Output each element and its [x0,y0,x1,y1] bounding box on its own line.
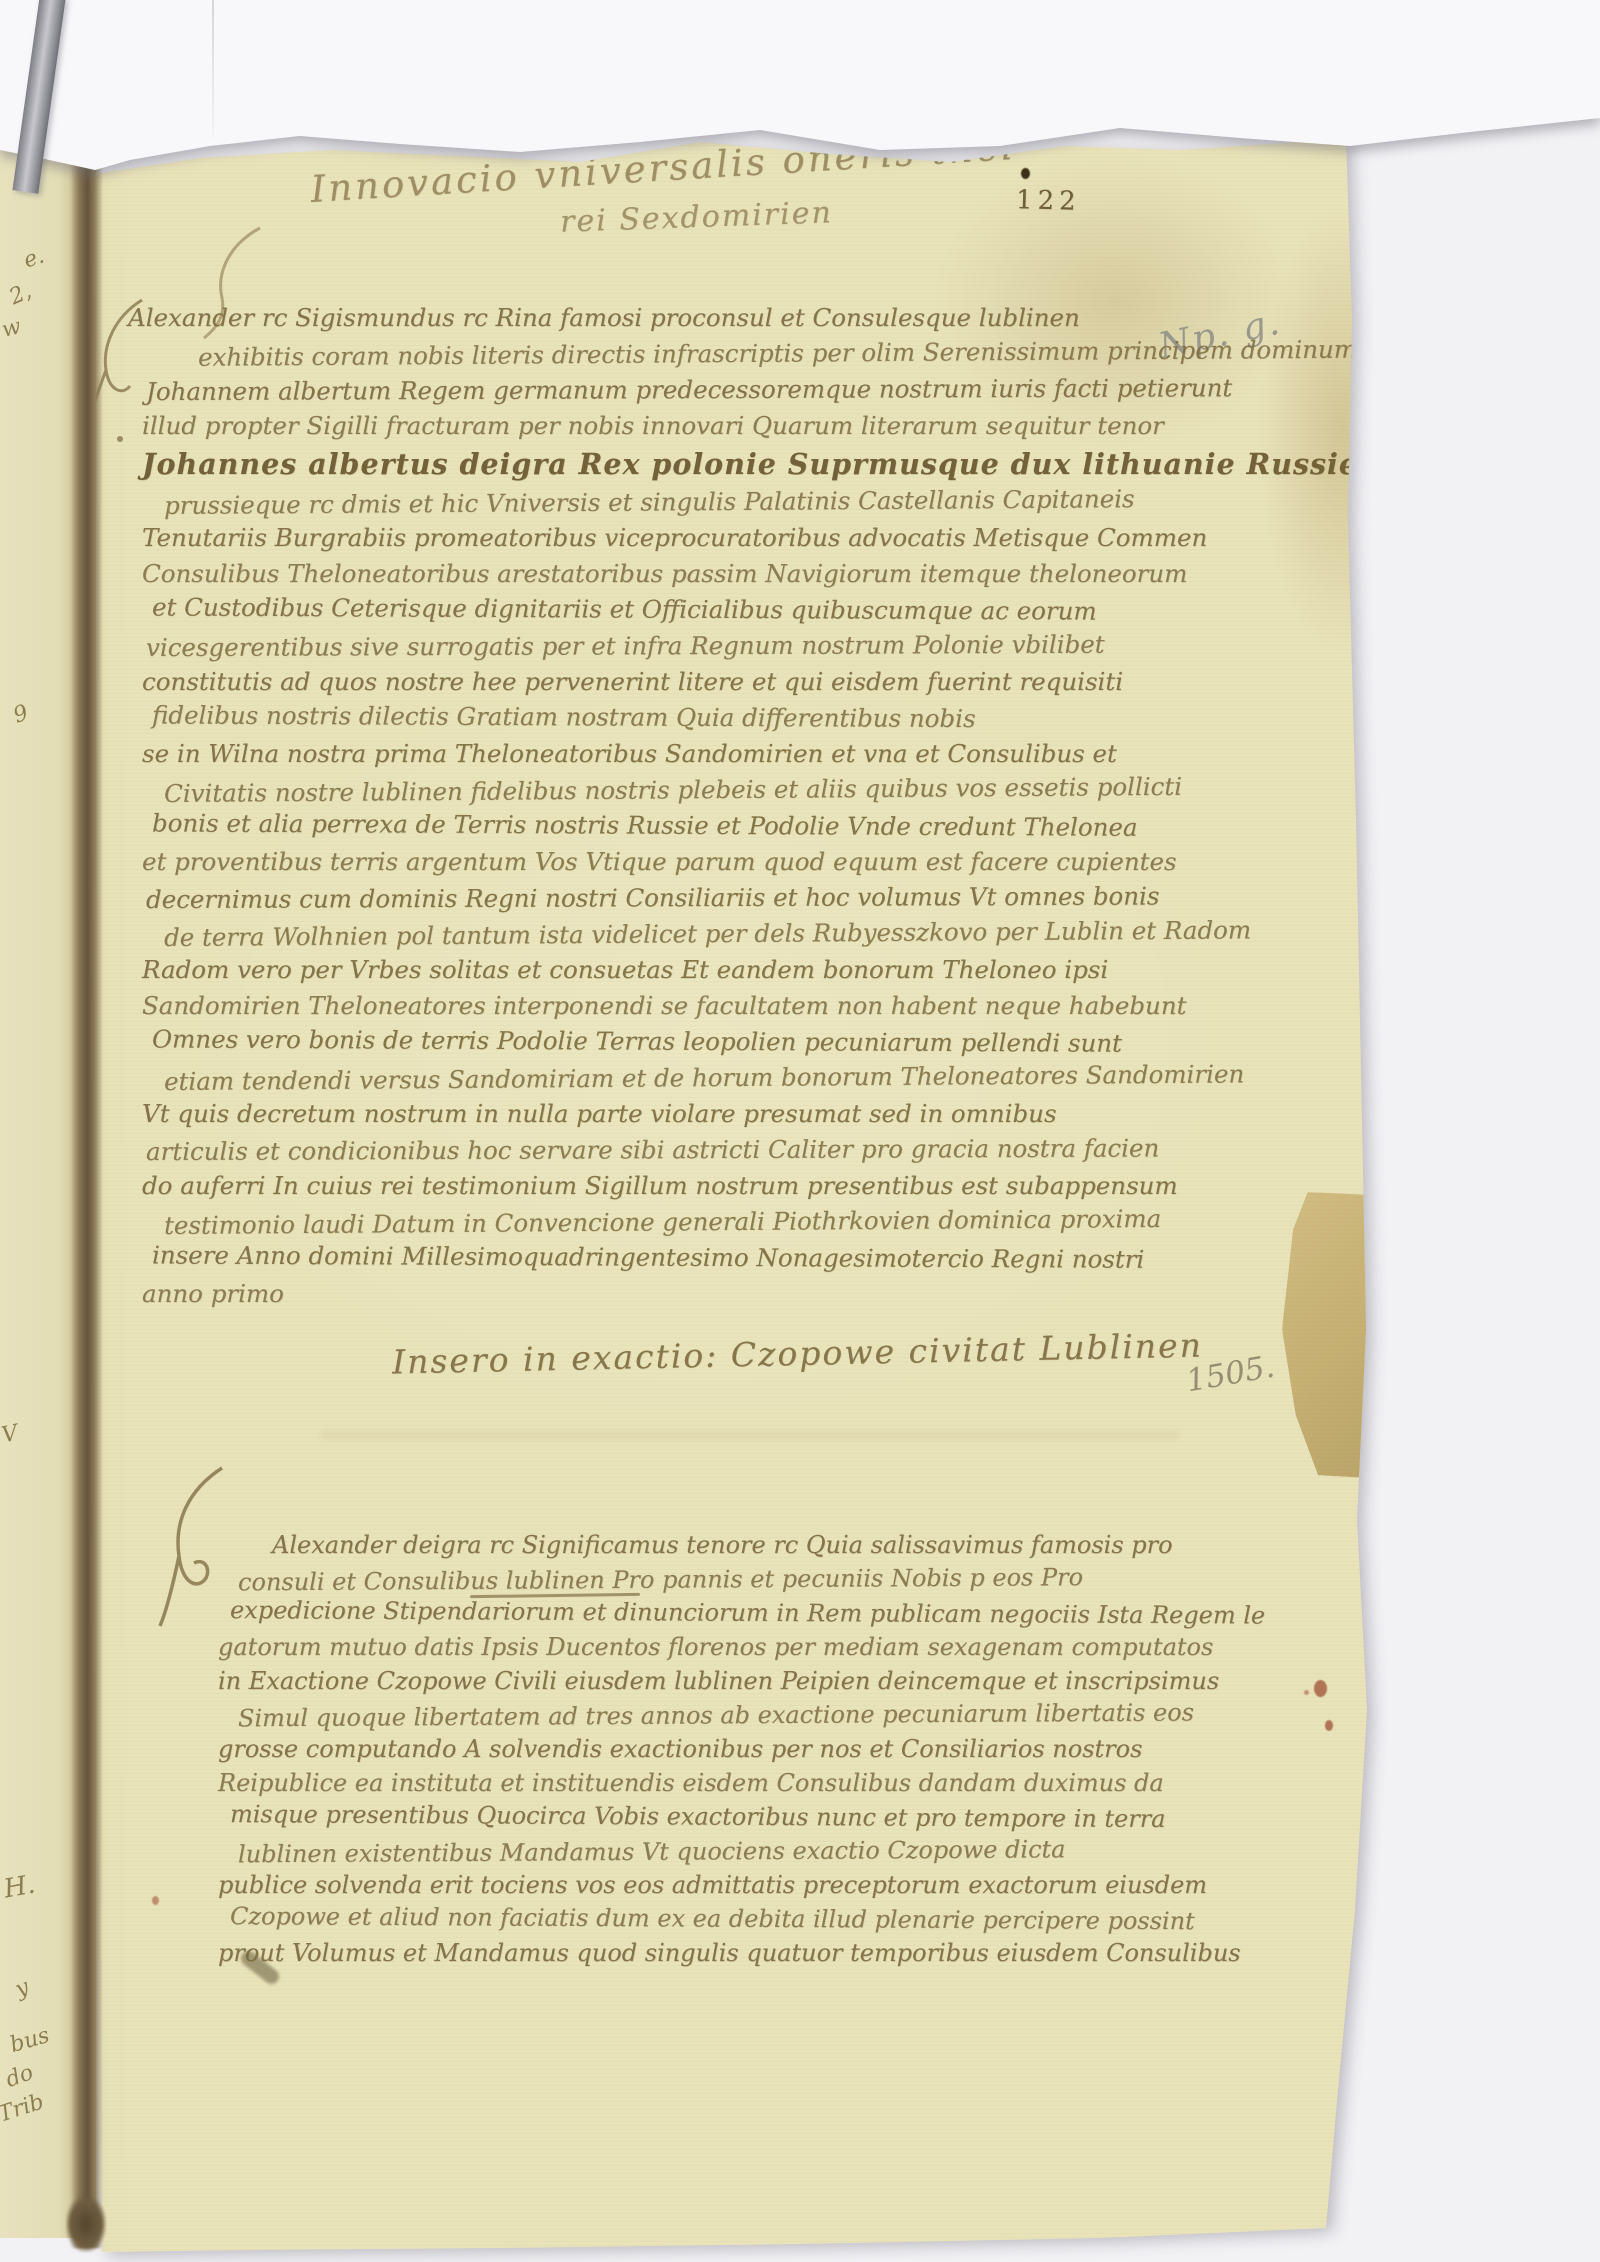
verso-showthrough [320,1430,1180,1440]
record1-heading-line1: Innovacio vniversalis oneris thel' [309,124,1030,211]
manuscript-line: se in Wilna nostra prima Theloneatoribus… [126,736,1336,772]
manuscript-line: fidelibus nostris dilectis Gratiam nostr… [136,697,1346,738]
record1-heading-line2: rei Sexdomirien [559,195,833,239]
manuscript-line: Consulibus Theloneatoribus arestatoribus… [126,556,1336,592]
manuscript-line: Czopowe et aliud non faciatis dum ex ea … [224,1899,1364,1939]
sheet-crease-line [212,0,214,138]
manuscript-line: Simul quoque libertatem ad tres annos ab… [232,1694,1372,1735]
manuscript-line: Johannem albertum Regem germanum predece… [130,370,1340,410]
manuscript-line: illud propter Sigilli fracturam per nobi… [126,408,1336,444]
red-ink-fleck [152,1896,159,1905]
manuscript-scan: e. 2, w 9 V H. y bus do Trib 122 Np. g. [0,0,1600,2262]
manuscript-line: insere Anno domini Millesimoquadringente… [136,1237,1346,1278]
manuscript-line: etiam tendendi versus Sandomiriam et de … [148,1056,1358,1100]
manuscript-line: Radom vero per Vrbes solitas et consueta… [126,952,1336,988]
manuscript-line: et proventibus terris argentum Vos Vtiqu… [126,844,1336,880]
manuscript-line: publice solvenda erit tociens vos eos ad… [212,1868,1352,1902]
manuscript-line: Reipublice ea instituta et instituendis … [212,1766,1352,1800]
manuscript-line: constitutis ad quos nostre hee perveneri… [126,664,1336,700]
manuscript-line: Tenutariis Burgrabiis promeatoribus vice… [126,520,1336,556]
manuscript-line: grosse computando A solvendis exactionib… [212,1732,1352,1766]
manuscript-line: Alexander deigra rc Significamus tenore … [212,1528,1352,1562]
book-gutter [70,148,102,2248]
folio-number: 122 [1016,185,1081,217]
manuscript-line: expedicione Stipendariorum et dinuncioru… [224,1593,1364,1633]
record2-heading: Insero in exactio: Czopowe civitat Lubli… [392,1326,1204,1382]
manuscript-line: exhibitis coram nobis literis directis i… [148,332,1358,376]
page-shadow-wrap: 122 Np. g. Innovacio vniversalis oneris … [0,0,1600,2262]
record2-text-block: Alexander deigra rc Significamus tenore … [212,1528,1352,1970]
manuscript-line: Vt quis decretum nostrum in nulla parte … [126,1096,1336,1132]
manuscript-line: do auferri In cuius rei testimonium Sigi… [126,1168,1336,1204]
manuscript-line: prussieque rc dmis et hic Vniversis et s… [148,480,1358,524]
manuscript-line: et Custodibus Ceterisque dignitariis et … [136,589,1346,630]
record1-text-block: Alexander rc Sigismundus rc Rina famosi … [126,300,1336,1312]
manuscript-line: lublinen existentibus Mandamus Vt quocie… [232,1830,1372,1871]
gutter-binding-knot [66,2196,106,2252]
manuscript-page: 122 Np. g. Innovacio vniversalis oneris … [0,0,1600,2262]
manuscript-line: prout Volumus et Mandamus quod singulis … [212,1936,1352,1970]
manuscript-line: vicesgerentibus sive surrogatis per et i… [130,626,1340,666]
manuscript-line: Sandomirien Theloneatores interponendi s… [126,988,1336,1024]
manuscript-line: articulis et condicionibus hoc servare s… [130,1130,1340,1170]
manuscript-line: Alexander rc Sigismundus rc Rina famosi … [126,300,1336,336]
ink-speck [1021,168,1030,179]
manuscript-line: bonis et alia perrexa de Terris nostris … [136,805,1346,846]
manuscript-line: de terra Wolhnien pol tantum ista videli… [148,912,1358,956]
royal-intitulatio-line: Johannes albertus deigra Rex polonie Sup… [126,444,1336,484]
manuscript-line: anno primo [126,1276,1336,1312]
ink-speck [117,436,123,442]
manuscript-line: in Exactione Czopowe Civili eiusdem lubl… [212,1664,1352,1698]
manuscript-line: gatorum mutuo datis Ipsis Ducentos flore… [212,1630,1352,1664]
